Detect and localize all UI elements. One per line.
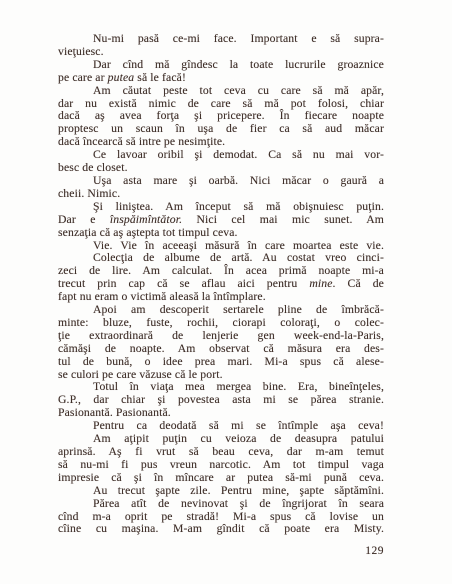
text-segment: Uşa asta mare şi oarbă. Nici măcar o gau… <box>93 174 384 187</box>
text-segment: fapt nu eram o victimă aleasă la întîmpl… <box>58 290 266 303</box>
text-segment: ţie extraordinară de lenjerie gen week-e… <box>58 329 384 342</box>
italic-text-segment: putea <box>108 71 135 84</box>
text-segment: Am aţipit puţin cu veioza de deasupra pa… <box>93 432 384 445</box>
text-segment: Ce lavoar oribil şi demodat. Ca să nu ma… <box>93 148 384 161</box>
text-segment: cheii. Nimic. <box>58 187 120 200</box>
text-segment: să le facă! <box>134 71 186 84</box>
italic-text-segment: mine <box>309 277 332 290</box>
text-segment: cămăşi de noapte. Am observat că măsura … <box>58 342 384 355</box>
text-segment: Dar e <box>58 213 110 226</box>
text-segment: Dar cînd mă gîndesc la toate lucrurile g… <box>93 58 384 71</box>
text-segment: senzaţia că aş aştepta tot timpul ceva. <box>58 226 238 239</box>
text-line: cîine cu maşina. M-am gîndit că poate er… <box>58 523 384 536</box>
text-segment: vieţuiesc. <box>58 45 104 58</box>
text-segment: Am căutat peste tot ceva cu care să mă a… <box>93 84 384 97</box>
text-segment: aprinsă. Aş fi vrut să beau ceva, dar m-… <box>58 445 384 458</box>
text-segment: Pentru ca deodată să mi se întîmple aşa … <box>93 419 384 432</box>
text-segment: Şi liniştea. Am început să mă obişnuiesc… <box>93 200 384 213</box>
text-segment: Vie. Vie în aceeaşi măsură în care moart… <box>93 239 384 252</box>
italic-text-segment: înspăimîntător. <box>110 213 182 226</box>
book-page: Nu-mi pasă ce-mi face. Important e să su… <box>0 0 452 584</box>
page-text: Nu-mi pasă ce-mi face. Important e să su… <box>58 33 384 536</box>
text-segment: G.P., dar chiar şi povestea asta mi se p… <box>58 393 384 406</box>
text-segment: proptesc un scaun în uşa de fier ca să a… <box>58 122 384 135</box>
text-segment: dar nu există nimic de care să mă pot fo… <box>58 97 384 110</box>
text-segment: să nu-mi fi pus vreun narcotic. Am tot t… <box>58 458 384 471</box>
text-segment: impresie că şi în mîncare ar putea să-mi… <box>58 471 384 484</box>
text-segment: dacă aş avea forţa şi pricepere. În fiec… <box>58 109 384 122</box>
text-segment: trecut prin cap că se aflau aici pentru <box>58 277 309 290</box>
text-segment: Colecţia de albume de artă. Au costat vr… <box>93 251 384 264</box>
text-segment: Nici cel mai mic sunet. Am <box>182 213 384 226</box>
text-segment: Au trecut şapte zile. Pentru mine, şapte… <box>93 484 384 497</box>
text-segment: Totul în viaţa mea mergea bine. Era, bin… <box>93 380 384 393</box>
text-segment: besc de closet. <box>58 161 128 174</box>
text-segment: dacă încearcă să intre pe nesimţite. <box>58 135 225 148</box>
text-segment: pe care ar <box>58 71 108 84</box>
text-segment: Pasionantă. Pasionantă. <box>58 406 171 419</box>
text-segment: Nu-mi pasă ce-mi face. Important e să su… <box>93 32 384 45</box>
text-segment: Apoi am descoperit sertarele pline de îm… <box>93 303 384 316</box>
text-segment: Părea atît de nevinovat şi de îngrijorat… <box>93 497 384 510</box>
text-segment: tul de bună, o idee prea mari. Mi-a spus… <box>58 355 384 368</box>
text-segment: zeci de lire. Am calculat. În acea primă… <box>58 264 384 277</box>
text-segment: cînd m-a oprit pe stradă! Mi-a spus că l… <box>58 510 384 523</box>
text-segment: se culori pe care văzuse că le port. <box>58 368 223 381</box>
text-segment: minte: bluze, fuste, rochii, ciorapi col… <box>58 316 384 329</box>
page-number: 129 <box>58 545 384 557</box>
text-segment: cîine cu maşina. M-am gîndit că poate er… <box>58 522 384 535</box>
text-segment: . Că de <box>333 277 384 290</box>
text-line: Nu-mi pasă ce-mi face. Important e să su… <box>58 33 384 46</box>
